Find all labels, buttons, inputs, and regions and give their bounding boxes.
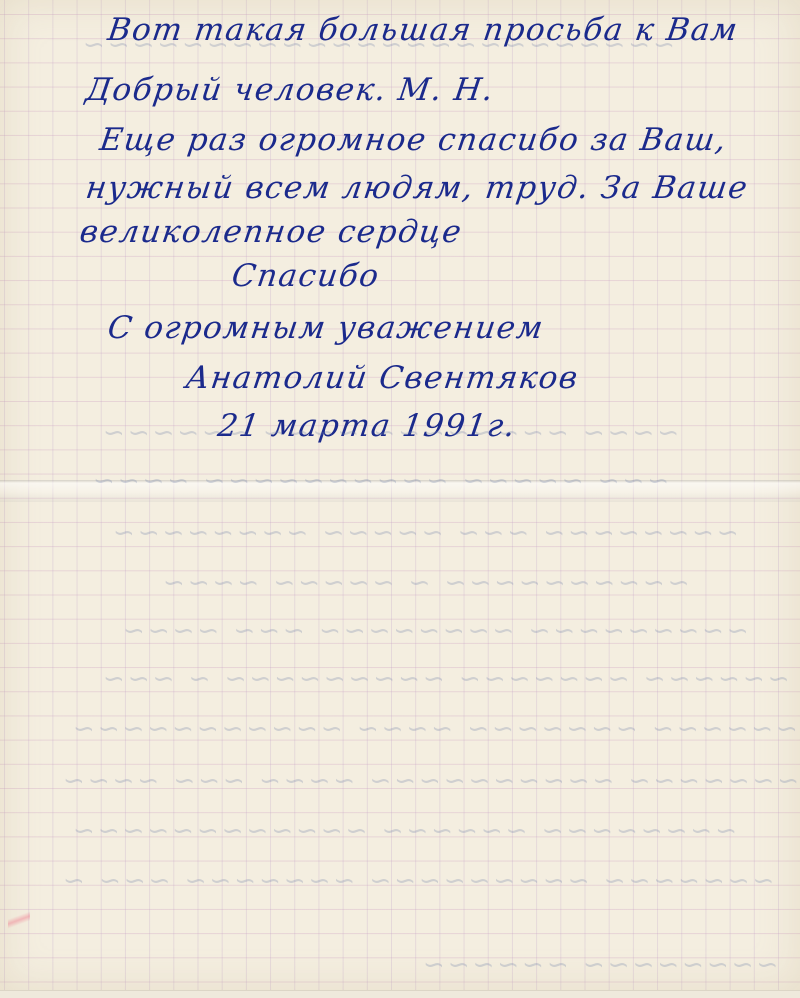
bleed-through-line: ~~~~~~ ~~~~~~~ ~~~~~~~~~ ~ ~~~ bbox=[100, 664, 789, 694]
bleed-through-line: ~~~~~~~~ ~~~~~~ bbox=[420, 950, 778, 980]
red-pencil-mark bbox=[8, 900, 30, 940]
letter-line-5: великолепное сердце bbox=[77, 214, 464, 250]
bleed-through-line: ~~~~~~~~~ ~~~~~~~~ ~~~ ~~~~ bbox=[120, 616, 749, 646]
bleed-through-line: ~~~~~~~~ ~~~~~~ ~~~~~~~~~~~~ bbox=[70, 816, 737, 846]
closing-thanks: Спасибо bbox=[229, 258, 382, 294]
bleed-through-line: ~~~~~~ ~~~~~~~ ~~~~ ~~~~~~~~~~~ bbox=[70, 714, 798, 744]
letter-line-3: Еще раз огромное спасибо за Ваш, bbox=[97, 122, 729, 158]
letter-line-2: Добрый человек. М. Н. bbox=[83, 72, 496, 108]
bleed-through-line: ~~~~ ~~~~~~~~ ~~~~ ~~~~~~ bbox=[100, 418, 679, 448]
bleed-through-line: ~~~~~~~~~~ ~ ~~~~~ ~~~~ bbox=[160, 568, 690, 598]
signature: Анатолий Свентяков bbox=[183, 360, 581, 396]
letter-line-4: нужный всем людям, труд. За Ваше bbox=[83, 170, 750, 206]
closing-regards: С огромным уважением bbox=[105, 310, 546, 346]
letter-page: Вот такая большая просьба к Вам Добрый ч… bbox=[0, 0, 800, 991]
bleed-through-line: ~~~ ~~~~~ ~~~~~~~~~~ ~~~~ bbox=[90, 466, 669, 496]
bleed-through-line: ~~~~~~~ ~~~~~~~~~~ ~~~~ ~~~ ~~~~ bbox=[60, 766, 799, 796]
bleed-through-line: ~~~~~~~ ~~~~~~~~~ ~~~~~~~ ~~~ ~ bbox=[60, 866, 774, 896]
bleed-through-line: ~~~~~~~~ ~~~ ~~~~~ ~~~~~~~~ bbox=[110, 518, 739, 548]
bleed-through-line: ~~~~~~~~~~~~~~~~~~~~~~~~ bbox=[80, 30, 675, 60]
